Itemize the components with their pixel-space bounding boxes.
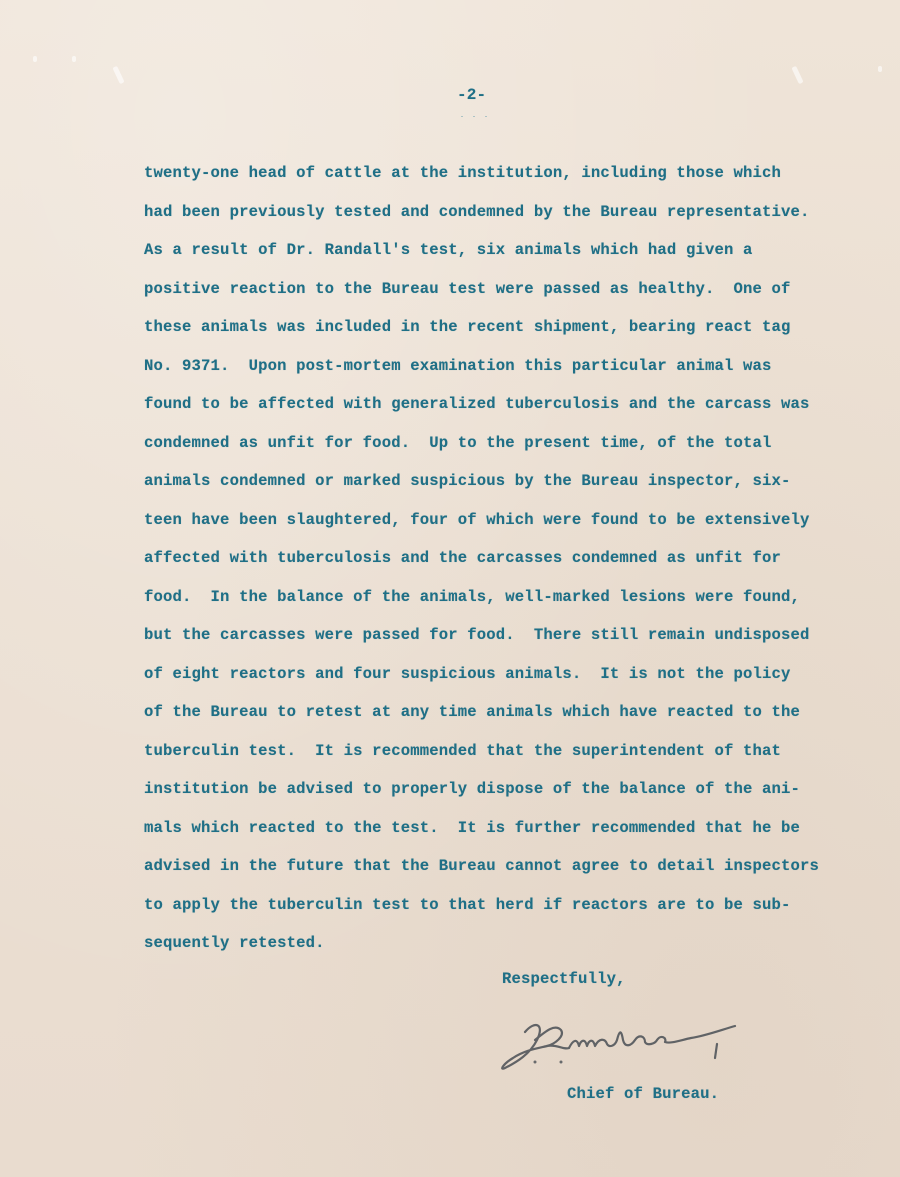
handwritten-signature (495, 1010, 835, 1080)
pin-mark-right (878, 66, 882, 72)
body-line: As a result of Dr. Randall's test, six a… (144, 237, 844, 276)
body-line: these animals was included in the recent… (144, 314, 844, 353)
body-line: but the carcasses were passed for food. … (144, 622, 844, 661)
body-line: found to be affected with generalized tu… (144, 391, 844, 430)
closing: Respectfully, (502, 970, 626, 988)
body-line: institution be advised to properly dispo… (144, 776, 844, 815)
body-line: of eight reactors and four suspicious an… (144, 661, 844, 700)
body-line: sequently retested. (144, 930, 844, 969)
pin-mark-left-2 (72, 56, 76, 62)
page-marks: . . . (461, 110, 491, 119)
body-line: had been previously tested and condemned… (144, 199, 844, 238)
body-line: to apply the tuberculin test to that her… (144, 892, 844, 931)
letter-body: twenty-one head of cattle at the institu… (144, 160, 844, 969)
body-line: food. In the balance of the animals, wel… (144, 584, 844, 623)
pin-mark-left-1 (33, 56, 37, 62)
body-line: tuberculin test. It is recommended that … (144, 738, 844, 777)
body-line: animals condemned or marked suspicious b… (144, 468, 844, 507)
body-line: condemned as unfit for food. Up to the p… (144, 430, 844, 469)
page-number: -2- (457, 86, 486, 104)
body-line: teen have been slaughtered, four of whic… (144, 507, 844, 546)
body-line: No. 9371. Upon post-mortem examination t… (144, 353, 844, 392)
body-line: mals which reacted to the test. It is fu… (144, 815, 844, 854)
body-line: affected with tuberculosis and the carca… (144, 545, 844, 584)
body-line: advised in the future that the Bureau ca… (144, 853, 844, 892)
body-line: twenty-one head of cattle at the institu… (144, 160, 844, 199)
body-line: positive reaction to the Bureau test wer… (144, 276, 844, 315)
signer-title: Chief of Bureau. (567, 1085, 719, 1103)
body-line: of the Bureau to retest at any time anim… (144, 699, 844, 738)
